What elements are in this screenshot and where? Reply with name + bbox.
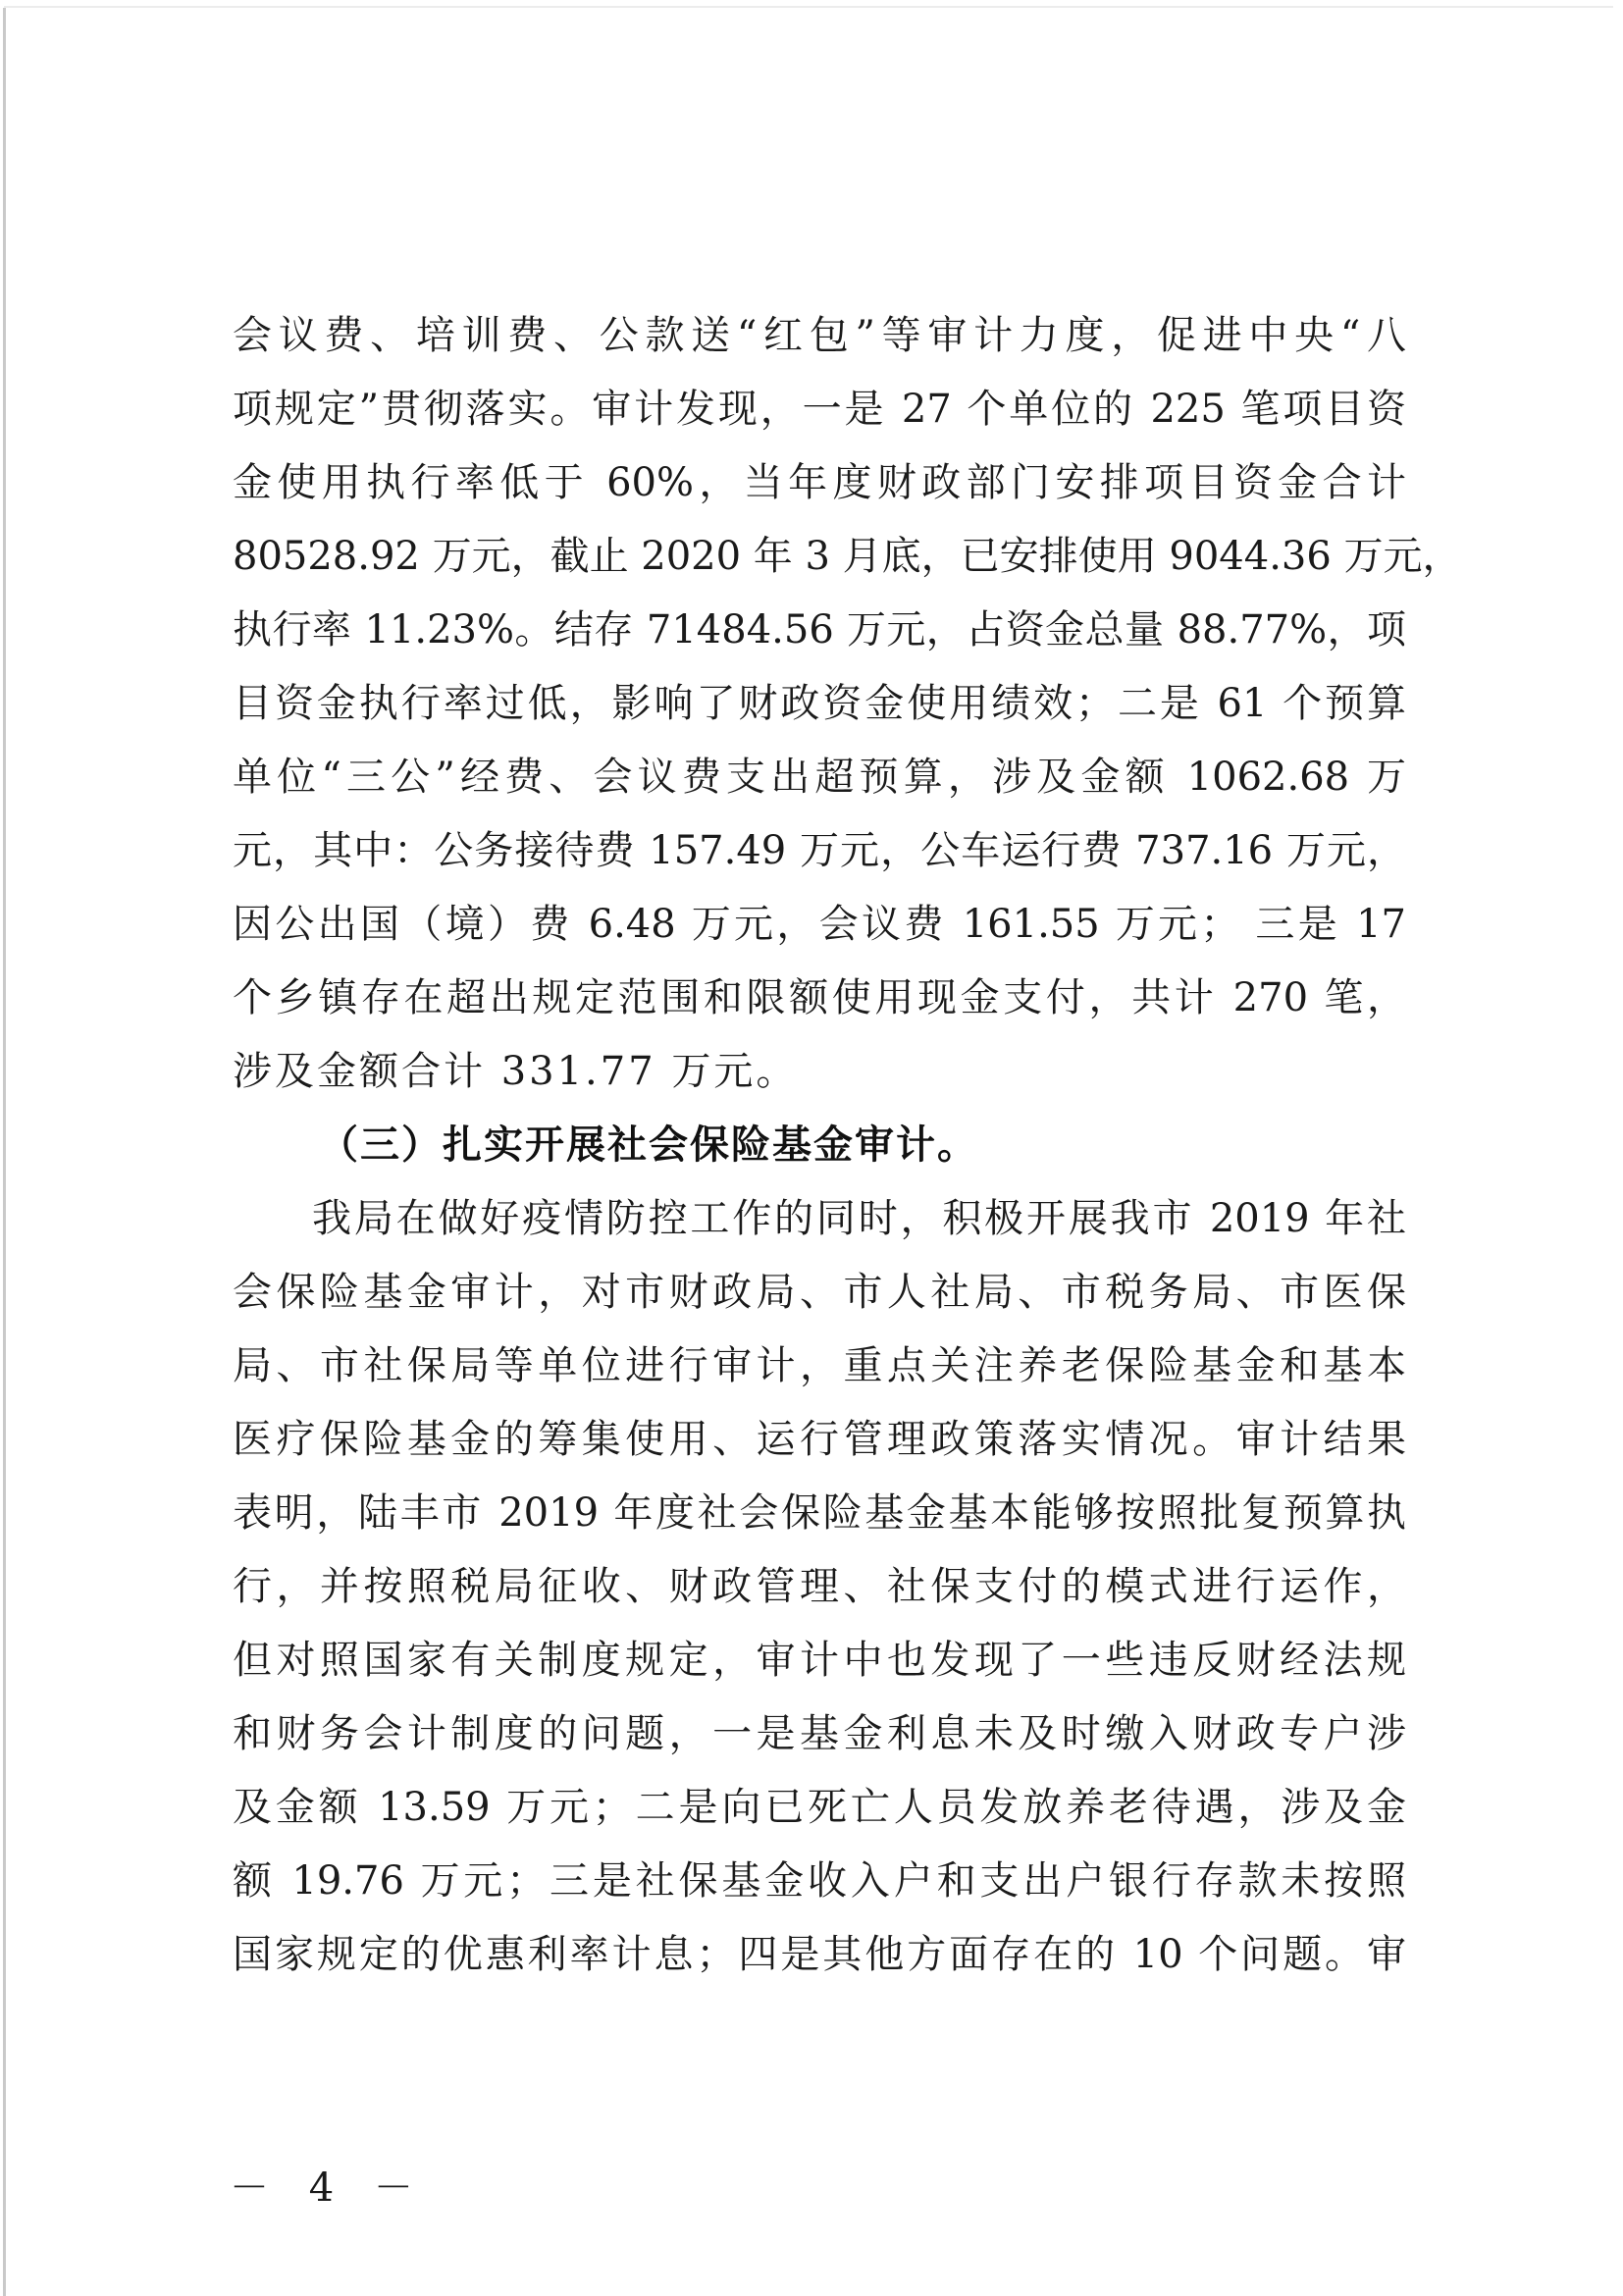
text-line: 我局在做好疫情防控工作的同时，积极开展我市 2019 年社	[233, 1182, 1406, 1256]
text-line: 及金额 13.59 万元；二是向已死亡人员发放养老待遇，涉及金	[233, 1771, 1406, 1845]
text-line: 表明，陆丰市 2019 年度社会保险基金基本能够按照批复预算执	[233, 1477, 1406, 1550]
text-line: 个乡镇存在超出规定范围和限额使用现金支付，共计 270 笔，	[233, 962, 1406, 1035]
text-line: 和财务会计制度的问题，一是基金利息未及时缴入财政专户涉	[233, 1697, 1406, 1771]
text-line: 因公出国（境）费 6.48 万元，会议费 161.55 万元； 三是 17	[233, 888, 1406, 962]
text-line: 执行率 11.23%。结存 71484.56 万元，占资金总量 88.77%，项	[233, 594, 1406, 667]
section-heading: （三）扎实开展社会保险基金审计。	[233, 1109, 1406, 1182]
text-line: 局、市社保局等单位进行审计，重点关注养老保险基金和基本	[233, 1330, 1406, 1403]
paragraph-social-insurance-audit: 我局在做好疫情防控工作的同时，积极开展我市 2019 年社 会保险基金审计，对市…	[233, 1182, 1406, 1992]
page-number: － 4 －	[230, 2164, 427, 2213]
text-line: 医疗保险基金的筹集使用、运行管理政策落实情况。审计结果	[233, 1403, 1406, 1477]
text-line: 但对照国家有关制度规定，审计中也发现了一些违反财经法规	[233, 1624, 1406, 1697]
scan-edge-left	[3, 8, 6, 2296]
text-line: 行，并按照税局征收、财政管理、社保支付的模式进行运作，	[233, 1550, 1406, 1624]
text-line: 涉及金额合计 331.77 万元。	[233, 1035, 1406, 1109]
text-line: 项规定”贯彻落实。审计发现，一是 27 个单位的 225 笔项目资	[233, 373, 1406, 446]
document-body: 会议费、培训费、公款送“红包”等审计力度，促进中央“八 项规定”贯彻落实。审计发…	[233, 299, 1406, 1992]
paragraph-budget-audit: 会议费、培训费、公款送“红包”等审计力度，促进中央“八 项规定”贯彻落实。审计发…	[233, 299, 1406, 1109]
text-line: 元，其中：公务接待费 157.49 万元，公车运行费 737.16 万元，	[233, 814, 1406, 888]
text-line: 国家规定的优惠利率计息；四是其他方面存在的 10 个问题。审	[233, 1918, 1406, 1992]
scan-edge-top	[4, 6, 1613, 8]
text-line: 单位“三公”经费、会议费支出超预算，涉及金额 1062.68 万	[233, 741, 1406, 814]
text-line: 会议费、培训费、公款送“红包”等审计力度，促进中央“八	[233, 299, 1406, 373]
text-line: 80528.92 万元，截止 2020 年 3 月底，已安排使用 9044.36…	[233, 520, 1406, 594]
text-line: 会保险基金审计，对市财政局、市人社局、市税务局、市医保	[233, 1256, 1406, 1330]
text-line: 额 19.76 万元；三是社保基金收入户和支出户银行存款未按照	[233, 1845, 1406, 1918]
text-line: 金使用执行率低于 60%，当年度财政部门安排项目资金合计	[233, 446, 1406, 520]
text-line: 目资金执行率过低，影响了财政资金使用绩效；二是 61 个预算	[233, 667, 1406, 741]
